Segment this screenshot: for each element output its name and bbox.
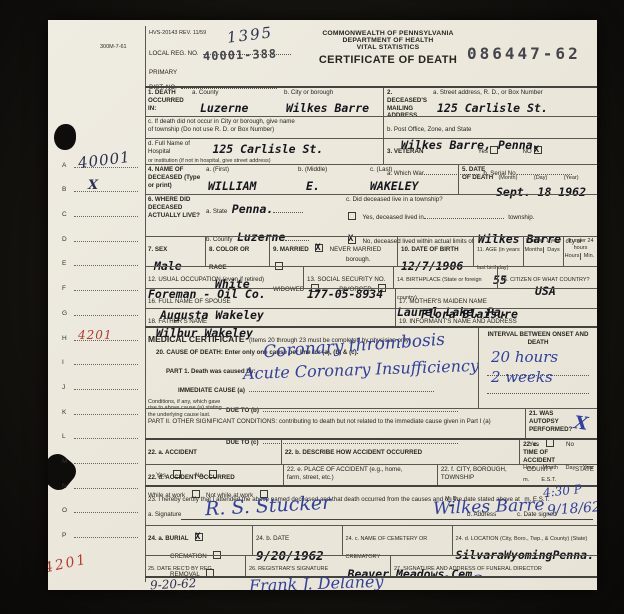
township-note-label: c. If death did not occur in City or bor…	[148, 118, 298, 134]
residence-township-col: c. Did deceased live in a township? Yes,…	[346, 196, 594, 235]
field-burial-location: 24. d. LOCATION (City, Boro., Twp., & Co…	[452, 526, 597, 555]
header-left: HVS-20143 REV. 11/59 LOCAL REG. NO. 1395…	[145, 30, 317, 86]
row-hospital-veteran: d. Full Name of Hospital 125 Carlisle St…	[145, 138, 597, 164]
margin-line-rule	[74, 413, 138, 415]
township-question-label: c. Did deceased live in a township?	[346, 196, 594, 204]
field-burial-date: 24. b. DATE 9/20/1962	[252, 526, 342, 555]
township-yes-checkbox	[348, 212, 356, 220]
margin-line-value: 40001	[77, 148, 132, 172]
sex-label: 7. SEX	[148, 246, 167, 253]
margin-line-letter: A	[62, 162, 66, 169]
field-father: 18. FATHER'S NAME Wilbur Wakeley	[145, 309, 395, 326]
place-of-accident-label: 22. e. PLACE OF ACCIDENT (e.g., home, fa…	[287, 466, 407, 482]
margin-line-J: J	[54, 368, 142, 393]
margin-line-rule	[74, 388, 138, 390]
certify-time-handwritten: 4:30 P	[542, 482, 582, 500]
township-suffix: township.	[508, 214, 534, 221]
field-registrar-signature: 26. REGISTRAR'S SIGNATURE Frank J. Delan…	[245, 556, 390, 576]
margin-line-N: N	[54, 467, 142, 492]
married-label: 9. MARRIED	[273, 246, 309, 253]
field-sex: 7. SEX Male	[145, 237, 205, 266]
father-label: 18. FATHER'S NAME	[148, 318, 207, 325]
state-label: a. State	[206, 208, 227, 215]
field-date-received: 25. DATE REC'D BY REG. 9-20-62	[145, 556, 245, 576]
commonwealth-line: COMMONWEALTH OF PENNSYLVANIA	[317, 30, 459, 37]
city-col: b. City or borough Wilkes Barre	[284, 89, 369, 115]
veteran-no-checkbox: X	[534, 146, 542, 154]
veteran-no-mark: X	[534, 145, 539, 155]
margin-bottom-number: 4201	[48, 552, 89, 577]
informant-label: 19. INFORMANT'S NAME AND ADDRESS	[399, 318, 517, 325]
field-race: 8. COLOR OR RACE White	[205, 237, 269, 266]
accident-county-label: COUNTY	[527, 466, 553, 484]
row-registrar: 25. DATE REC'D BY REG. 9-20-62 26. REGIS…	[145, 555, 597, 578]
margin-line-K: K	[54, 393, 142, 418]
row-death-occurred: 1. DEATH OCCURRED IN: a. County Luzerne …	[145, 86, 597, 116]
margin-line-letter: J	[62, 384, 65, 391]
medical-interval-column: INTERVAL BETWEEN ONSET AND DEATH 20 hour…	[478, 328, 597, 408]
scanned-death-certificate-photo: 300M-7-61 A40001BXCDEFGH4201IJKLMNOP 420…	[0, 0, 624, 614]
dod-day-label: (Day)	[534, 175, 547, 181]
registrar-label: 26. REGISTRAR'S SIGNATURE	[249, 566, 328, 572]
street-label: a. Street address, R. D., or Box Number	[433, 89, 548, 97]
last-name-label: c. (Last)	[370, 166, 418, 174]
ssn-label: 13. SOCIAL SECURITY NO.	[307, 276, 385, 283]
veteran-yes-group: Yes	[478, 140, 505, 157]
local-reg-label: LOCAL REG. NO.	[149, 50, 199, 57]
field-cemetery: 24. c. NAME OF CEMETERY OR CREMATORY Bea…	[342, 526, 452, 555]
street-value: 125 Carlisle St.	[437, 101, 548, 115]
township-yes-text: Yes, deceased lived in	[362, 214, 423, 221]
field-ssn: 13. SOCIAL SECURITY NO. 177-05-8934	[303, 267, 393, 288]
dod-year-label: (Year)	[564, 175, 579, 181]
certificate-title: CERTIFICATE OF DEATH	[317, 54, 459, 66]
date-received-label: 25. DATE REC'D BY REG.	[148, 566, 213, 572]
dob-label: 10. DATE OF BIRTH	[401, 246, 459, 253]
field-veteran: 3. VETERAN Yes NOX a. Which War b. Seria…	[383, 139, 597, 164]
form-header: HVS-20143 REV. 11/59 LOCAL REG. NO. 1395…	[145, 20, 597, 86]
field-birthplace: 14. BIRTHPLACE (State or foreign country…	[393, 267, 497, 288]
margin-line-M: M	[54, 442, 142, 467]
field-occupation: 12. USUAL OCCUPATION (even if retired) F…	[145, 267, 303, 288]
field-residence: 6. WHERE DID DECEASED ACTUALLY LIVE? a. …	[145, 195, 597, 236]
margin-line-letter: I	[62, 359, 64, 366]
row-part2-autopsy: PART II. OTHER SIGNIFICANT CONDITIONS: c…	[145, 408, 597, 438]
row-father-informant: 18. FATHER'S NAME Wilbur Wakeley 19. INF…	[145, 308, 597, 326]
married-mark: X	[315, 243, 320, 253]
date-of-death-label: 5. DATE OF DEATH	[462, 166, 494, 182]
margin-line-rule	[74, 240, 138, 242]
interval-label: INTERVAL BETWEEN ONSET AND DEATH	[482, 331, 594, 347]
last-name-value: WAKELEY	[370, 179, 418, 193]
funeral-director-signature-handwritten: Kenneth J. Gray	[394, 572, 506, 576]
row-name-dateofdeath: 4. NAME OF DECEASED (Type or print) a. (…	[145, 164, 597, 194]
field-age: 11. AGE (in years last birthday) 55	[473, 237, 523, 266]
immediate-cause-label: IMMEDIATE CAUSE (a)	[178, 387, 245, 394]
occupation-label: 12. USUAL OCCUPATION (even if retired)	[148, 276, 264, 283]
under-24hr-label: If under 24 hours	[564, 238, 597, 251]
hospital-value: 125 Carlisle St.	[212, 142, 323, 156]
margin-line-rule	[74, 511, 138, 513]
immediate-cause-line: IMMEDIATE CAUSE (a)	[178, 379, 475, 397]
medical-title: MEDICAL CERTIFICATE	[148, 334, 245, 344]
row-occupation-ssn-birthplace-citizen: 12. USUAL OCCUPATION (even if retired) F…	[145, 266, 597, 288]
middle-name-value: E.	[306, 179, 370, 193]
date-received-handwritten: 9-20-62	[150, 574, 243, 590]
field-date-of-death: 5. DATE OF DEATH (Month) (Day) (Year) Se…	[458, 165, 597, 194]
field-mother-maiden: 17. MOTHER'S MAIDEN NAME Flora Blaisure	[395, 289, 597, 308]
margin-line-letter: M	[62, 458, 67, 465]
margin-line-letter: L	[62, 433, 66, 440]
field-place-of-accident: 22. e. PLACE OF ACCIDENT (e.g., home, fa…	[283, 465, 437, 485]
field-name-of-deceased: 4. NAME OF DECEASED (Type or print) a. (…	[145, 165, 458, 194]
row-certification: 23. I hereby certify that I attended the…	[145, 485, 597, 525]
stamp-number: 40001-388	[203, 47, 277, 64]
field-age-under-24hr: If under 24 hours Hours Min.	[563, 237, 597, 266]
row-residence: 6. WHERE DID DECEASED ACTUALLY LIVE? a. …	[145, 194, 597, 236]
county-label: a. County	[192, 89, 284, 97]
days-label: Days	[543, 247, 563, 254]
field-how-accident: 22. b. DESCRIBE HOW ACCIDENT OCCURRED	[281, 440, 519, 464]
margin-line-rule	[74, 190, 138, 192]
margin-line-value: 4201	[78, 328, 113, 342]
veteran-label: 3. VETERAN	[387, 148, 423, 155]
field-township-note: c. If death did not occur in City or bor…	[145, 117, 383, 138]
margin-line-letter: C	[62, 211, 67, 218]
mailing-address-label: 2. DECEASED'S MAILING ADDRESS	[387, 89, 433, 115]
city-value: Wilkes Barre	[286, 101, 369, 115]
row-burial: 24. a. BURIAL X CREMATION REMOVAL 24. b.…	[145, 525, 597, 555]
residence-label: 6. WHERE DID DECEASED ACTUALLY LIVE?	[148, 196, 206, 235]
primary-label: PRIMARY	[149, 69, 317, 77]
field-accident-occurred: 22. d. ACCIDENT OCCURRED While at work N…	[145, 465, 283, 485]
burial-label: 24. a. BURIAL	[148, 535, 189, 542]
field-citizen: 15. CITIZEN OF WHAT COUNTRY? USA	[497, 267, 597, 288]
margin-line-B: BX	[54, 171, 142, 196]
field-certification: 23. I hereby certify that I attended the…	[145, 487, 597, 525]
margin-index-column: A40001BXCDEFGH4201IJKLMNOP	[54, 146, 142, 541]
vital-statistics-line: VITAL STATISTICS	[317, 44, 459, 51]
row-accident-details: 22. d. ACCIDENT OCCURRED While at work N…	[145, 464, 597, 485]
field-spouse: 16. FULL NAME OF SPOUSE Augusta Wakeley	[145, 289, 395, 308]
signature-label: a. Signature	[148, 511, 181, 519]
funeral-director-line: Kenneth J. Gray Wilkes Barre, Penn	[394, 573, 594, 576]
burial-mark: X	[195, 532, 200, 542]
veteran-yes-label: Yes	[478, 148, 488, 155]
name-label: 4. NAME OF DECEASED (Type or print)	[148, 166, 206, 193]
field-death-occurred: 1. DEATH OCCURRED IN: a. County Luzerne …	[145, 88, 383, 116]
veteran-no-group: NOX	[522, 140, 543, 157]
margin-line-L: L	[54, 418, 142, 443]
county-value: Luzerne	[200, 101, 284, 115]
accident-city-label: 22. f. CITY, BOROUGH, TOWNSHIP	[441, 466, 519, 484]
certificate-paper: 300M-7-61 A40001BXCDEFGH4201IJKLMNOP 420…	[48, 20, 597, 590]
margin-line-letter: N	[62, 483, 67, 490]
interval-b-handwritten: 2 weeks	[491, 368, 553, 386]
field-funeral-director: 27. SIGNATURE AND ADDRESS OF FUNERAL DIR…	[390, 556, 597, 576]
medical-certificate-left: MEDICAL CERTIFICATE (Items 20 through 23…	[145, 328, 478, 408]
margin-line-rule	[74, 264, 138, 266]
margin-line-rule	[74, 215, 138, 217]
spouse-label: 16. FULL NAME OF SPOUSE	[148, 298, 231, 305]
margin-line-letter: P	[62, 532, 66, 539]
date-signed-handwritten: 9/18/62	[547, 499, 597, 519]
accident-label: 22. a. ACCIDENT	[148, 449, 197, 456]
how-accident-label: 22. b. DESCRIBE HOW ACCIDENT OCCURRED	[285, 449, 422, 456]
margin-line-letter: K	[62, 409, 66, 416]
death-occurred-label: 1. DEATH OCCURRED IN:	[148, 89, 192, 115]
accident-time-label: 22. c. TIME OF ACCIDENT	[523, 441, 551, 464]
field-mailing-address: 2. DECEASED'S MAILING ADDRESS a. Street …	[383, 88, 597, 116]
mother-label: 17. MOTHER'S MAIDEN NAME	[399, 298, 487, 305]
burial-location-label: 24. d. LOCATION (City, Boro., Twp., & Co…	[456, 536, 588, 542]
interval-a-handwritten: 20 hours	[491, 348, 558, 366]
row-spouse-mother: 16. FULL NAME OF SPOUSE Augusta Wakeley …	[145, 288, 597, 308]
dod-month-label: (Month)	[498, 175, 517, 181]
margin-line-letter: O	[62, 507, 67, 514]
citizen-label: 15. CITIZEN OF WHAT COUNTRY?	[501, 277, 590, 283]
certificate-form: HVS-20143 REV. 11/59 LOCAL REG. NO. 1395…	[145, 20, 597, 590]
certificate-number-stamp: 086447-62	[467, 44, 581, 63]
city-label: b. City or borough	[284, 89, 369, 97]
margin-line-I: I	[54, 344, 142, 369]
header-right: 086447-62	[459, 30, 597, 86]
field-informant: 19. INFORMANT'S NAME AND ADDRESS Mrs. Au…	[395, 309, 597, 326]
field-marital-status: 9. MARRIED X NEVER MARRIED WIDOWED DIVOR…	[269, 237, 397, 266]
middle-name-col: b. (Middle) E.	[298, 166, 370, 193]
margin-line-letter: H	[62, 335, 67, 342]
middle-name-label: b. (Middle)	[298, 166, 370, 174]
row-medical-certificate: MEDICAL CERTIFICATE (Items 20 through 23…	[145, 326, 597, 408]
under-24hr-cols: Hours Min.	[564, 253, 597, 260]
hospital-label: d. Full Name of Hospital	[148, 140, 208, 156]
state-line: a. State Penna.	[206, 200, 346, 218]
first-name-value: WILLIAM	[208, 179, 298, 193]
state-value: Penna.	[232, 202, 274, 216]
print-code: 300M-7-61	[100, 44, 127, 51]
margin-line-letter: B	[62, 186, 66, 193]
min-label: Min.	[580, 253, 597, 260]
under-1yr-label: If under 1 year	[524, 238, 563, 245]
margin-line-C: C	[54, 195, 142, 220]
registrar-signature-handwritten: Frank J. Delaney	[249, 572, 388, 590]
margin-line-rule	[74, 363, 138, 365]
accident-occurred-label: 22. d. ACCIDENT OCCURRED	[148, 474, 235, 481]
first-name-label: a. (First)	[206, 166, 298, 174]
never-married-label: NEVER MARRIED	[330, 246, 382, 253]
veteran-no-label: NO	[522, 148, 531, 155]
field-burial-type: 24. a. BURIAL X CREMATION REMOVAL	[145, 526, 252, 555]
field-accident: 22. a. ACCIDENT Yes No	[145, 440, 281, 464]
margin-line-letter: F	[62, 285, 66, 292]
margin-line-letter: D	[62, 236, 67, 243]
married-checkbox: X	[315, 244, 323, 252]
margin-line-rule	[74, 462, 138, 464]
months-label: Months	[524, 247, 543, 254]
street-col: a. Street address, R. D., or Box Number …	[433, 89, 548, 115]
county-col: a. County Luzerne	[192, 89, 284, 115]
veteran-yes-checkbox	[490, 146, 498, 154]
burial-checkbox: X	[195, 533, 203, 541]
row-accident: 22. a. ACCIDENT Yes No 22. b. DESCRIBE H…	[145, 438, 597, 464]
row-sex-race-married-birth-age: 7. SEX Male 8. COLOR OR RACE White 9. MA…	[145, 236, 597, 266]
field-age-under-1yr: If under 1 year Months Days	[523, 237, 563, 266]
last-name-col: c. (Last) WAKELEY	[370, 166, 418, 193]
margin-line-F: F	[54, 269, 142, 294]
margin-line-E: E	[54, 245, 142, 270]
margin-line-rule	[74, 487, 138, 489]
autopsy-no-mark-handwritten: X	[573, 412, 590, 435]
margin-line-G: G	[54, 294, 142, 319]
margin-line-rule	[74, 536, 138, 538]
margin-line-letter: G	[62, 310, 67, 317]
field-post-office: b. Post Office, Zone, and State Wilkes B…	[383, 117, 597, 138]
burial-line: 24. a. BURIAL X	[148, 527, 249, 545]
margin-line-H: H4201	[54, 319, 142, 344]
header-center: COMMONWEALTH OF PENNSYLVANIA DEPARTMENT …	[317, 30, 459, 86]
funeral-director-label: 27. SIGNATURE AND ADDRESS OF FUNERAL DIR…	[394, 566, 542, 572]
margin-line-rule	[74, 289, 138, 291]
margin-line-A: A40001	[54, 146, 142, 171]
under-1yr-cols: Months Days	[524, 247, 563, 254]
margin-line-P: P	[54, 516, 142, 541]
margin-line-D: D	[54, 220, 142, 245]
field-autopsy: 21. WAS AUTOPSY PERFORMED? Yes No X	[525, 409, 597, 438]
row-township-postoffice: c. If death did not occur in City or bor…	[145, 116, 597, 138]
margin-line-value: X	[88, 178, 98, 193]
funeral-director-address: Wilkes Barre, Penn	[510, 575, 597, 576]
field-part2-conditions: PART II. OTHER SIGNIFICANT CONDITIONS: c…	[145, 409, 525, 438]
residence-state-county-col: a. State Penna. b. County Luzerne	[206, 196, 346, 235]
field-accident-time: 22. c. TIME OF ACCIDENT Hour Month Day Y…	[519, 440, 597, 464]
margin-line-rule	[74, 437, 138, 439]
field-date-of-birth: 10. DATE OF BIRTH 12/7/1906	[397, 237, 473, 266]
margin-line-letter: E	[62, 260, 66, 267]
margin-line-rule	[74, 314, 138, 316]
post-office-label: b. Post Office, Zone, and State	[387, 126, 472, 133]
margin-line-O: O	[54, 492, 142, 517]
first-name-col: a. (First) WILLIAM	[206, 166, 298, 193]
township-yes-line: Yes, deceased lived in township.	[346, 206, 594, 224]
part2-label: PART II. OTHER SIGNIFICANT CONDITIONS: c…	[148, 418, 491, 425]
field-hospital: d. Full Name of Hospital 125 Carlisle St…	[145, 139, 383, 164]
burial-date-label: 24. b. DATE	[256, 535, 289, 542]
department-line: DEPARTMENT OF HEALTH	[317, 37, 459, 44]
hours-label: Hours	[564, 253, 580, 260]
